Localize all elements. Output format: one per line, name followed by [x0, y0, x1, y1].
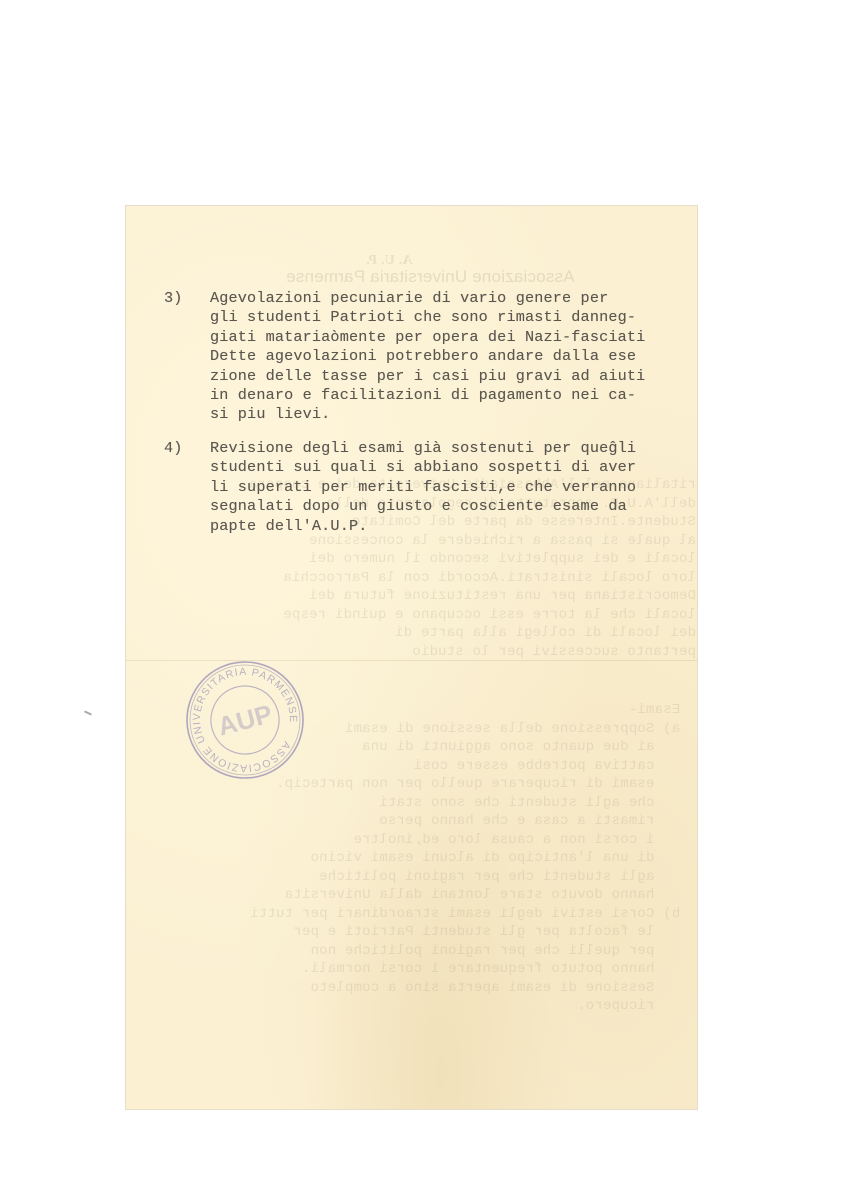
bleed-through-header-org: Associazione Universitaria Parmense	[286, 268, 575, 287]
aup-rubber-stamp: ASSOCIAZIONE UNIVERSITARIA PARMENSE AUP	[182, 657, 308, 783]
item-text: Agevolazioni pecuniarie di vario genere …	[210, 289, 645, 425]
item-text: Revisione degli esami già sostenuti per …	[210, 439, 636, 536]
stamp-seal-icon: ASSOCIAZIONE UNIVERSITARIA PARMENSE AUP	[182, 657, 308, 783]
svg-text:AUP: AUP	[215, 698, 276, 741]
document-page: A. U. P. Associazione Universitaria Parm…	[126, 206, 697, 1109]
item-number: 4)	[164, 439, 183, 458]
item-number: 3)	[164, 289, 183, 308]
bleed-through-body-bottom: Esami- a) Soppressione della sessione di…	[66, 701, 706, 1016]
